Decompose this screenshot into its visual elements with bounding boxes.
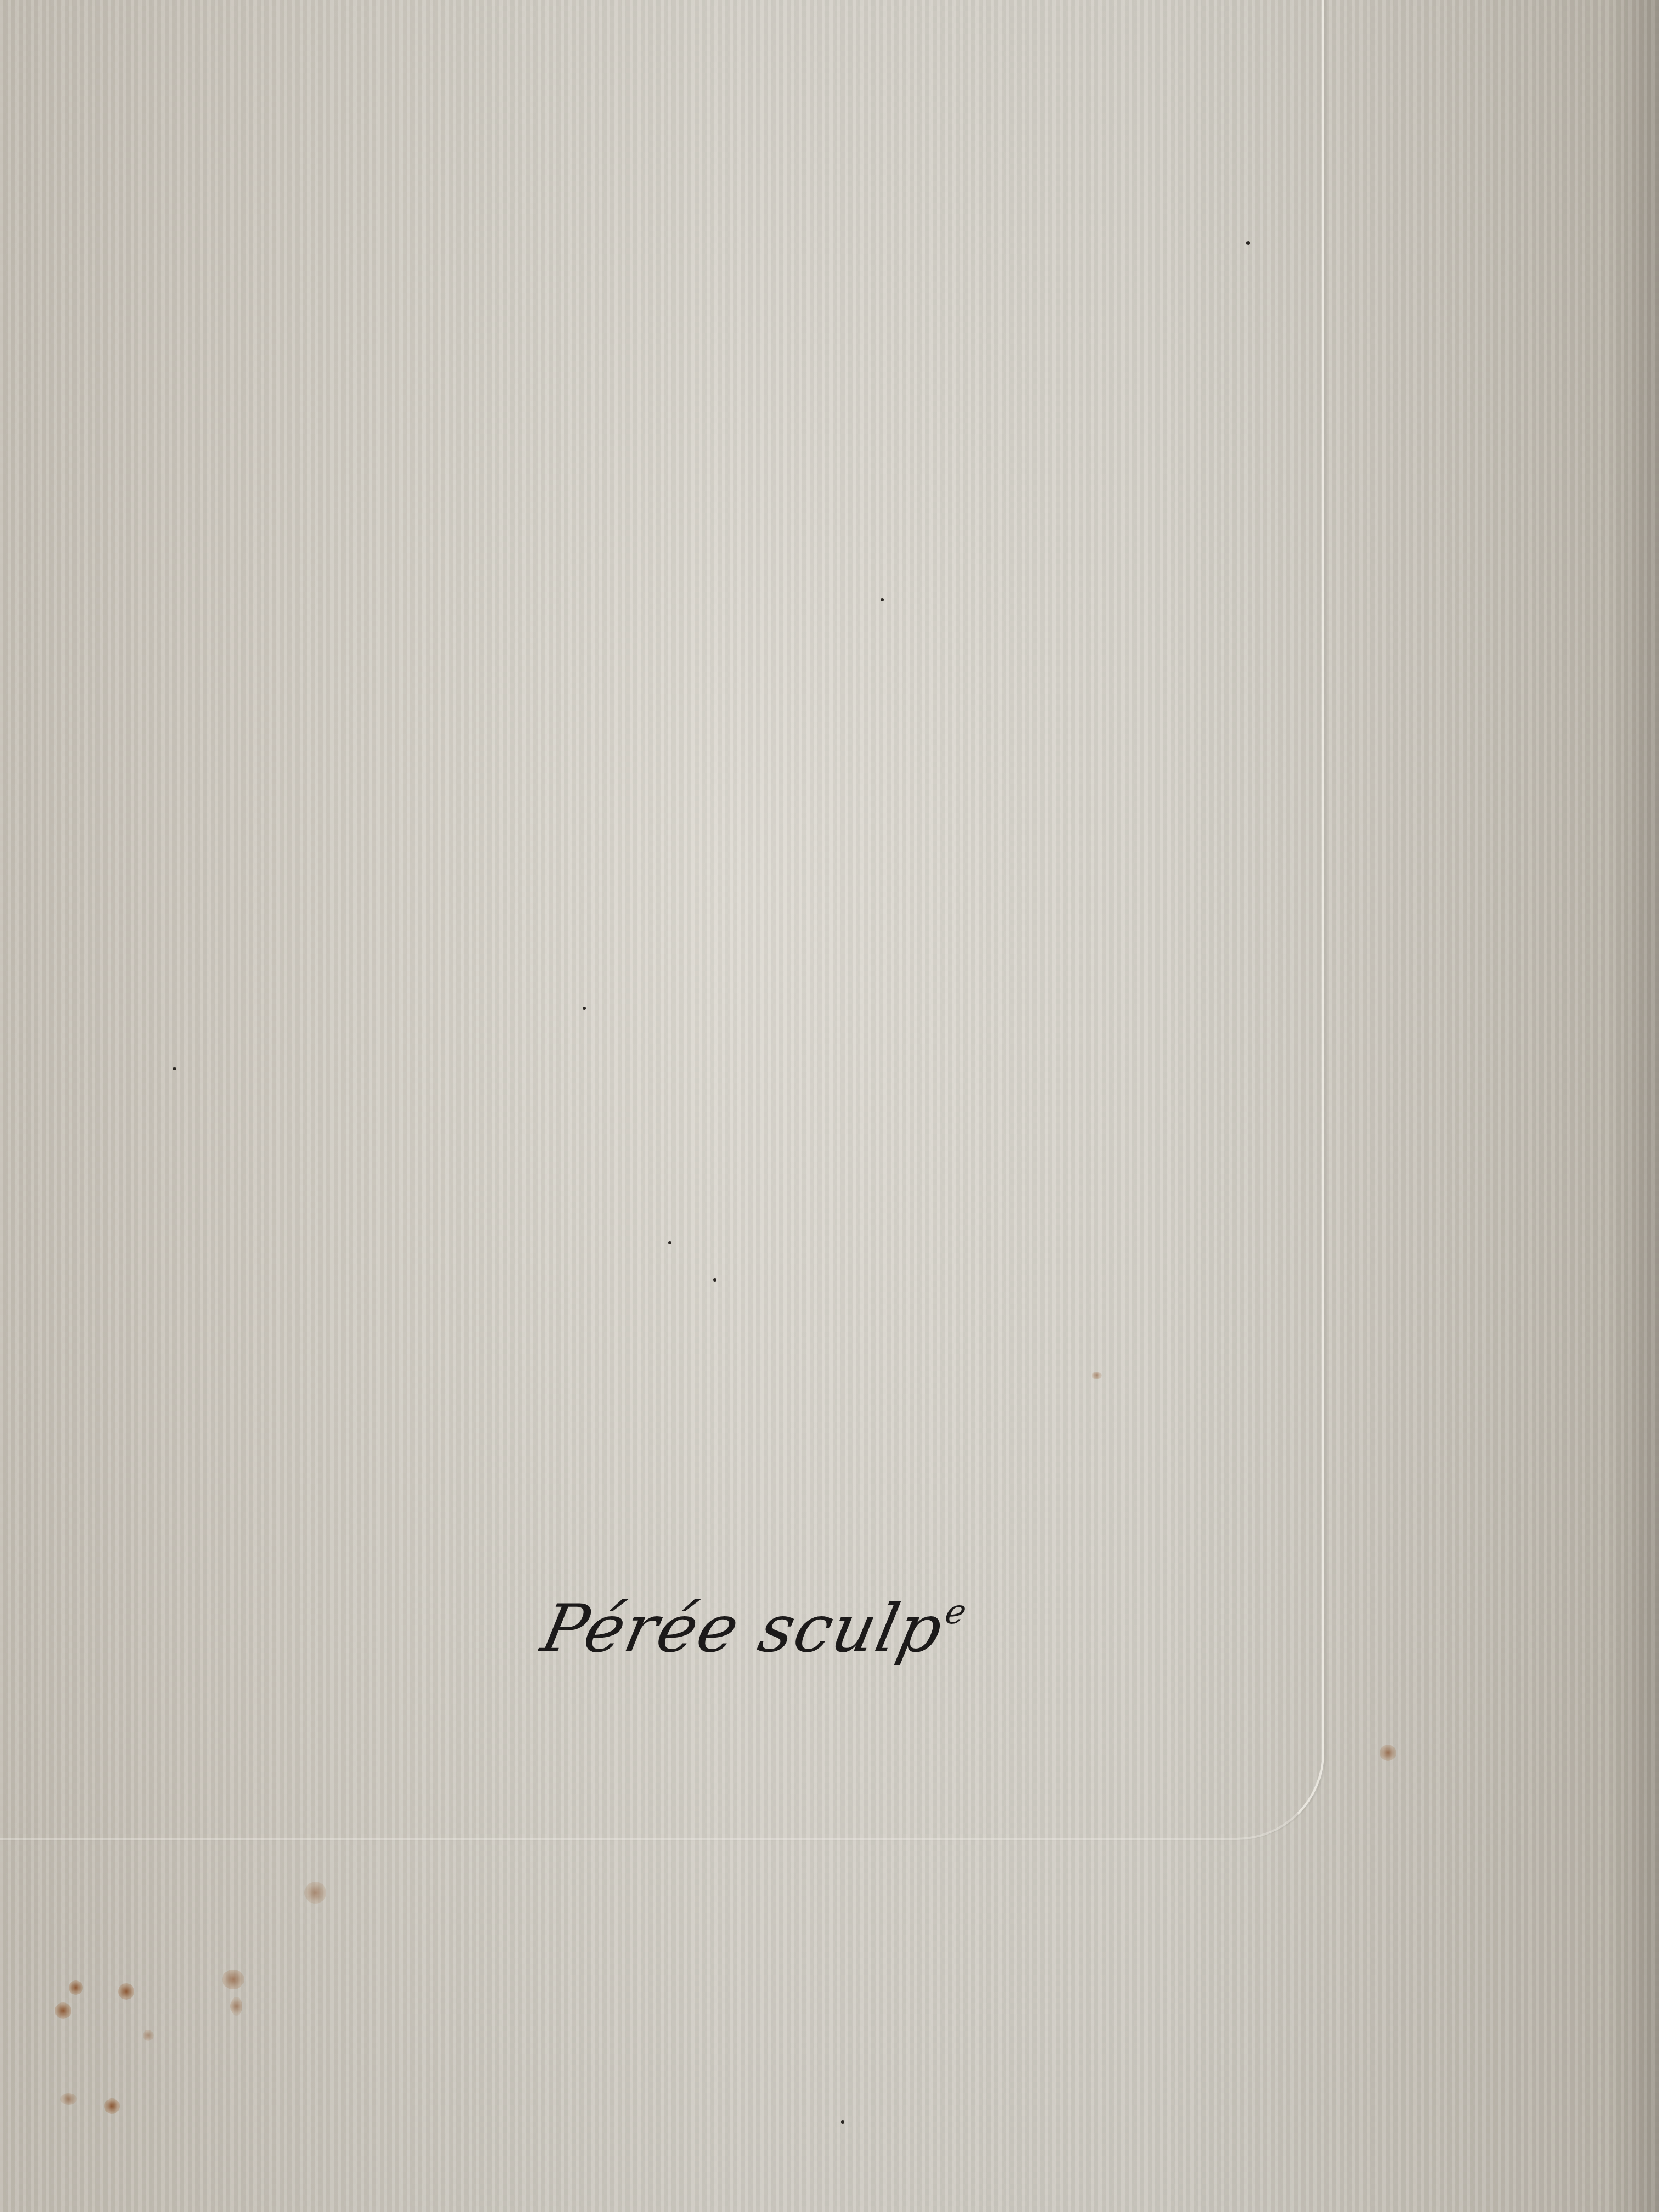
ink-speck	[1246, 241, 1250, 245]
ink-speck	[881, 598, 884, 601]
foxing-spot	[104, 2098, 120, 2114]
engraver-inscription: Pérée sculpe	[535, 1591, 971, 1667]
engraver-name: Pérée	[535, 1591, 746, 1667]
foxing-spot	[1092, 1372, 1102, 1379]
foxing-spot	[55, 2002, 71, 2019]
foxing-spot	[60, 2093, 77, 2105]
ink-speck	[583, 1007, 586, 1010]
foxing-spot	[304, 1882, 326, 1904]
foxing-spot	[1380, 1745, 1396, 1761]
ink-speck	[713, 1278, 716, 1282]
foxing-spot	[118, 1983, 134, 2000]
foxing-spot	[230, 1997, 242, 2016]
foxing-spot	[222, 1970, 244, 1989]
ink-speck	[668, 1241, 672, 1244]
foxing-spot	[69, 1980, 83, 1995]
ink-speck	[841, 2120, 844, 2124]
ink-speck	[173, 1067, 176, 1070]
foxing-spot	[143, 2030, 154, 2041]
sculpsit-abbrev: sculp	[752, 1591, 950, 1667]
plate-mark	[0, 0, 1324, 1840]
